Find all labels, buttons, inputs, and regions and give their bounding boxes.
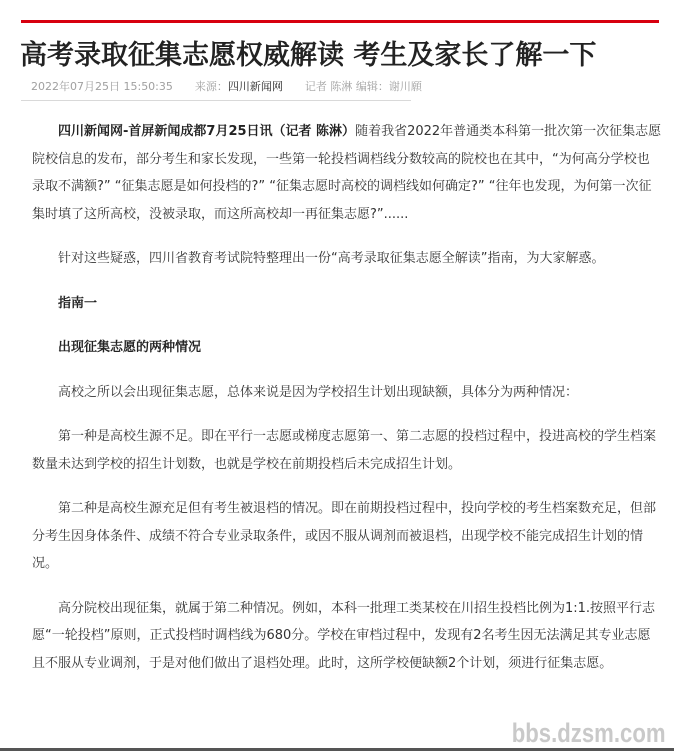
lead-paragraph: 四川新闻网-首屏新闻成都7月25日讯（记者 陈淋）随着我省2022年普通类本科第… xyxy=(32,118,662,228)
paragraph: 高校之所以会出现征集志愿，总体来说是因为学校招生计划出现缺额，具体分为两种情况： xyxy=(32,379,662,407)
paragraph: 针对这些疑惑，四川省教育考试院特整理出一份“高考录取征集志愿全解读”指南，为大家… xyxy=(32,245,662,273)
article-title: 高考录取征集志愿权威解读 考生及家长了解一下 xyxy=(20,36,660,76)
article-body: 四川新闻网-首屏新闻成都7月25日讯（记者 陈淋）随着我省2022年普通类本科第… xyxy=(32,118,662,694)
paragraph: 第二种是高校生源充足但有考生被退档的情况。即在前期投档过程中，投向学校的考生档案… xyxy=(32,495,662,578)
watermark: bbs.dzsm.com xyxy=(512,718,666,749)
meta-divider xyxy=(21,100,411,101)
paragraph: 高分院校出现征集，就属于第二种情况。例如，本科一批理工类某校在川招生投档比例为1… xyxy=(32,595,662,678)
section-subheading: 出现征集志愿的两种情况 xyxy=(32,334,662,362)
source-link[interactable]: 四川新闻网 xyxy=(228,80,283,93)
lead-dateline: 四川新闻网-首屏新闻成都7月25日讯（记者 陈淋） xyxy=(58,124,355,139)
paragraph: 第一种是高校生源不足。即在平行一志愿或梯度志愿第一、第二志愿的投档过程中，投进高… xyxy=(32,423,662,478)
section-heading: 指南一 xyxy=(32,290,662,318)
byline: 记者 陈淋 编辑：谢川願 xyxy=(305,80,422,93)
article-meta: 2022年07月25日 15:50:35来源：四川新闻网记者 陈淋 编辑：谢川願 xyxy=(31,79,422,95)
header-accent-bar xyxy=(21,20,659,23)
publish-datetime: 2022年07月25日 15:50:35 xyxy=(31,80,173,93)
source-label: 来源： xyxy=(195,80,228,93)
